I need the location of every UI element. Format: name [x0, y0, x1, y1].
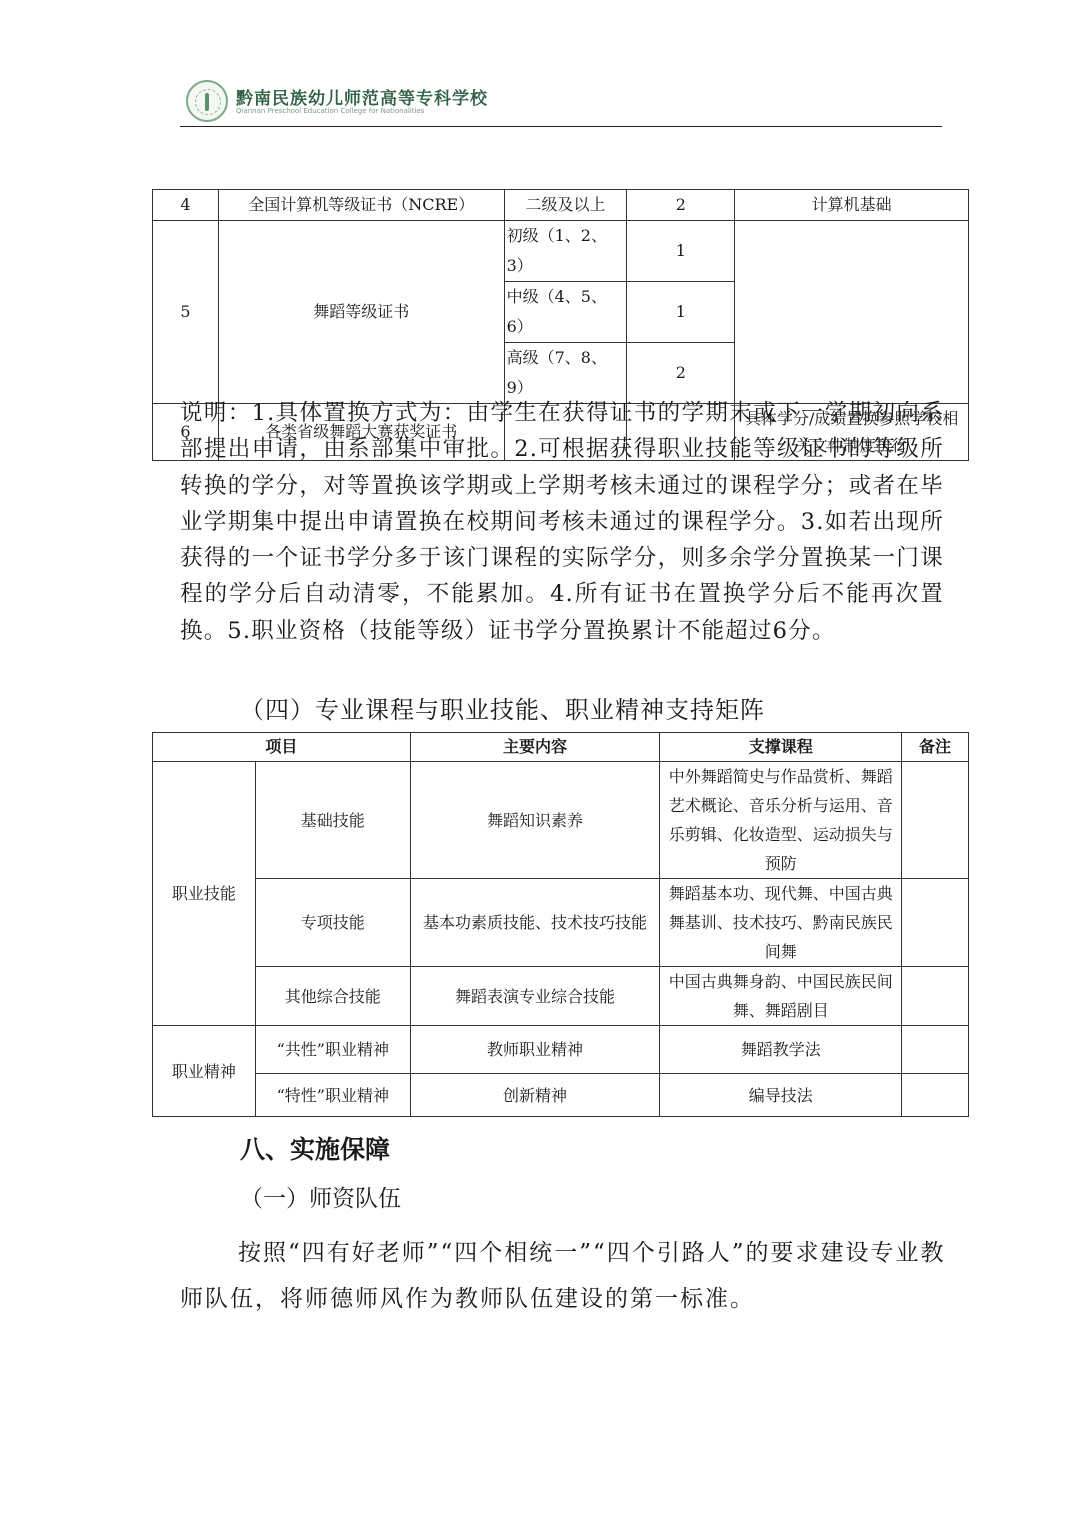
replaced-course: 计算机基础 [735, 190, 969, 221]
school-emblem-icon [186, 80, 228, 122]
replaced-course [735, 221, 969, 404]
certificate-name: 全国计算机等级证书（NCRE） [218, 190, 504, 221]
category-cell: 职业技能 [153, 762, 256, 1026]
explanation-note: 说明：1.具体置换方式为：由学生在获得证书的学期末或下一学期初向系部提出申请，由… [180, 395, 944, 649]
school-name-en: Qiannan Preschool Education College for … [236, 107, 424, 115]
courses-cell: 中国古典舞身韵、中国民族民间舞、舞蹈剧目 [660, 967, 902, 1026]
table-row: 4 全国计算机等级证书（NCRE） 二级及以上 2 计算机基础 [153, 190, 969, 221]
item-cell: “共性”职业精神 [255, 1026, 410, 1074]
courses-cell: 编导技法 [660, 1074, 902, 1117]
table-row: “特性”职业精神 创新精神 编导技法 [153, 1074, 969, 1117]
content-cell: 创新精神 [410, 1074, 660, 1117]
table-row: 职业精神 “共性”职业精神 教师职业精神 舞蹈教学法 [153, 1026, 969, 1074]
credit-value: 2 [627, 190, 735, 221]
item-cell: 专项技能 [255, 879, 410, 967]
header-courses: 支撑课程 [660, 733, 902, 762]
school-name-cn: 黔南民族幼儿师范高等专科学校 [236, 84, 488, 109]
body-paragraph: 按照“四有好老师”“四个相统一”“四个引路人”的要求建设专业教师队伍，将师德师风… [180, 1230, 950, 1322]
remark-cell [902, 967, 969, 1026]
content-cell: 舞蹈表演专业综合技能 [410, 967, 660, 1026]
remark-cell [902, 879, 969, 967]
page-header: 黔南民族幼儿师范高等专科学校 Qiannan Preschool Educati… [182, 78, 942, 126]
item-cell: “特性”职业精神 [255, 1074, 410, 1117]
section-heading: （一）师资队伍 [240, 1180, 401, 1213]
certificate-level: 二级及以上 [504, 190, 627, 221]
row-number: 4 [153, 190, 219, 221]
header-divider [180, 126, 942, 127]
certificate-level: 中级（4、5、6） [504, 282, 627, 343]
item-cell: 基础技能 [255, 762, 410, 879]
remark-cell [902, 1026, 969, 1074]
header-content: 主要内容 [410, 733, 660, 762]
matrix-section-title: （四）专业课程与职业技能、职业精神支持矩阵 [240, 690, 765, 725]
content-cell: 舞蹈知识素养 [410, 762, 660, 879]
courses-cell: 舞蹈教学法 [660, 1026, 902, 1074]
chapter-heading: 八、实施保障 [240, 1130, 390, 1166]
remark-cell [902, 762, 969, 879]
table-row: 5 舞蹈等级证书 初级（1、2、3） 1 [153, 221, 969, 282]
courses-cell: 中外舞蹈简史与作品赏析、舞蹈艺术概论、音乐分析与运用、音乐剪辑、化妆造型、运动损… [660, 762, 902, 879]
courses-cell: 舞蹈基本功、现代舞、中国古典舞基训、技术技巧、黔南民族民间舞 [660, 879, 902, 967]
table-header-row: 项目 主要内容 支撑课程 备注 [153, 733, 969, 762]
credit-value: 1 [627, 221, 735, 282]
item-cell: 其他综合技能 [255, 967, 410, 1026]
content-cell: 教师职业精神 [410, 1026, 660, 1074]
category-cell: 职业精神 [153, 1026, 256, 1117]
table-row: 专项技能 基本功素质技能、技术技巧技能 舞蹈基本功、现代舞、中国古典舞基训、技术… [153, 879, 969, 967]
header-item: 项目 [153, 733, 411, 762]
remark-cell [902, 1074, 969, 1117]
table-row: 职业技能 基础技能 舞蹈知识素养 中外舞蹈简史与作品赏析、舞蹈艺术概论、音乐分析… [153, 762, 969, 879]
content-cell: 基本功素质技能、技术技巧技能 [410, 879, 660, 967]
certificate-name: 舞蹈等级证书 [218, 221, 504, 404]
table-row: 其他综合技能 舞蹈表演专业综合技能 中国古典舞身韵、中国民族民间舞、舞蹈剧目 [153, 967, 969, 1026]
certificate-level: 初级（1、2、3） [504, 221, 627, 282]
credit-value: 1 [627, 282, 735, 343]
row-number: 5 [153, 221, 219, 404]
support-matrix-table: 项目 主要内容 支撑课程 备注 职业技能 基础技能 舞蹈知识素养 中外舞蹈简史与… [152, 732, 969, 1117]
header-remark: 备注 [902, 733, 969, 762]
